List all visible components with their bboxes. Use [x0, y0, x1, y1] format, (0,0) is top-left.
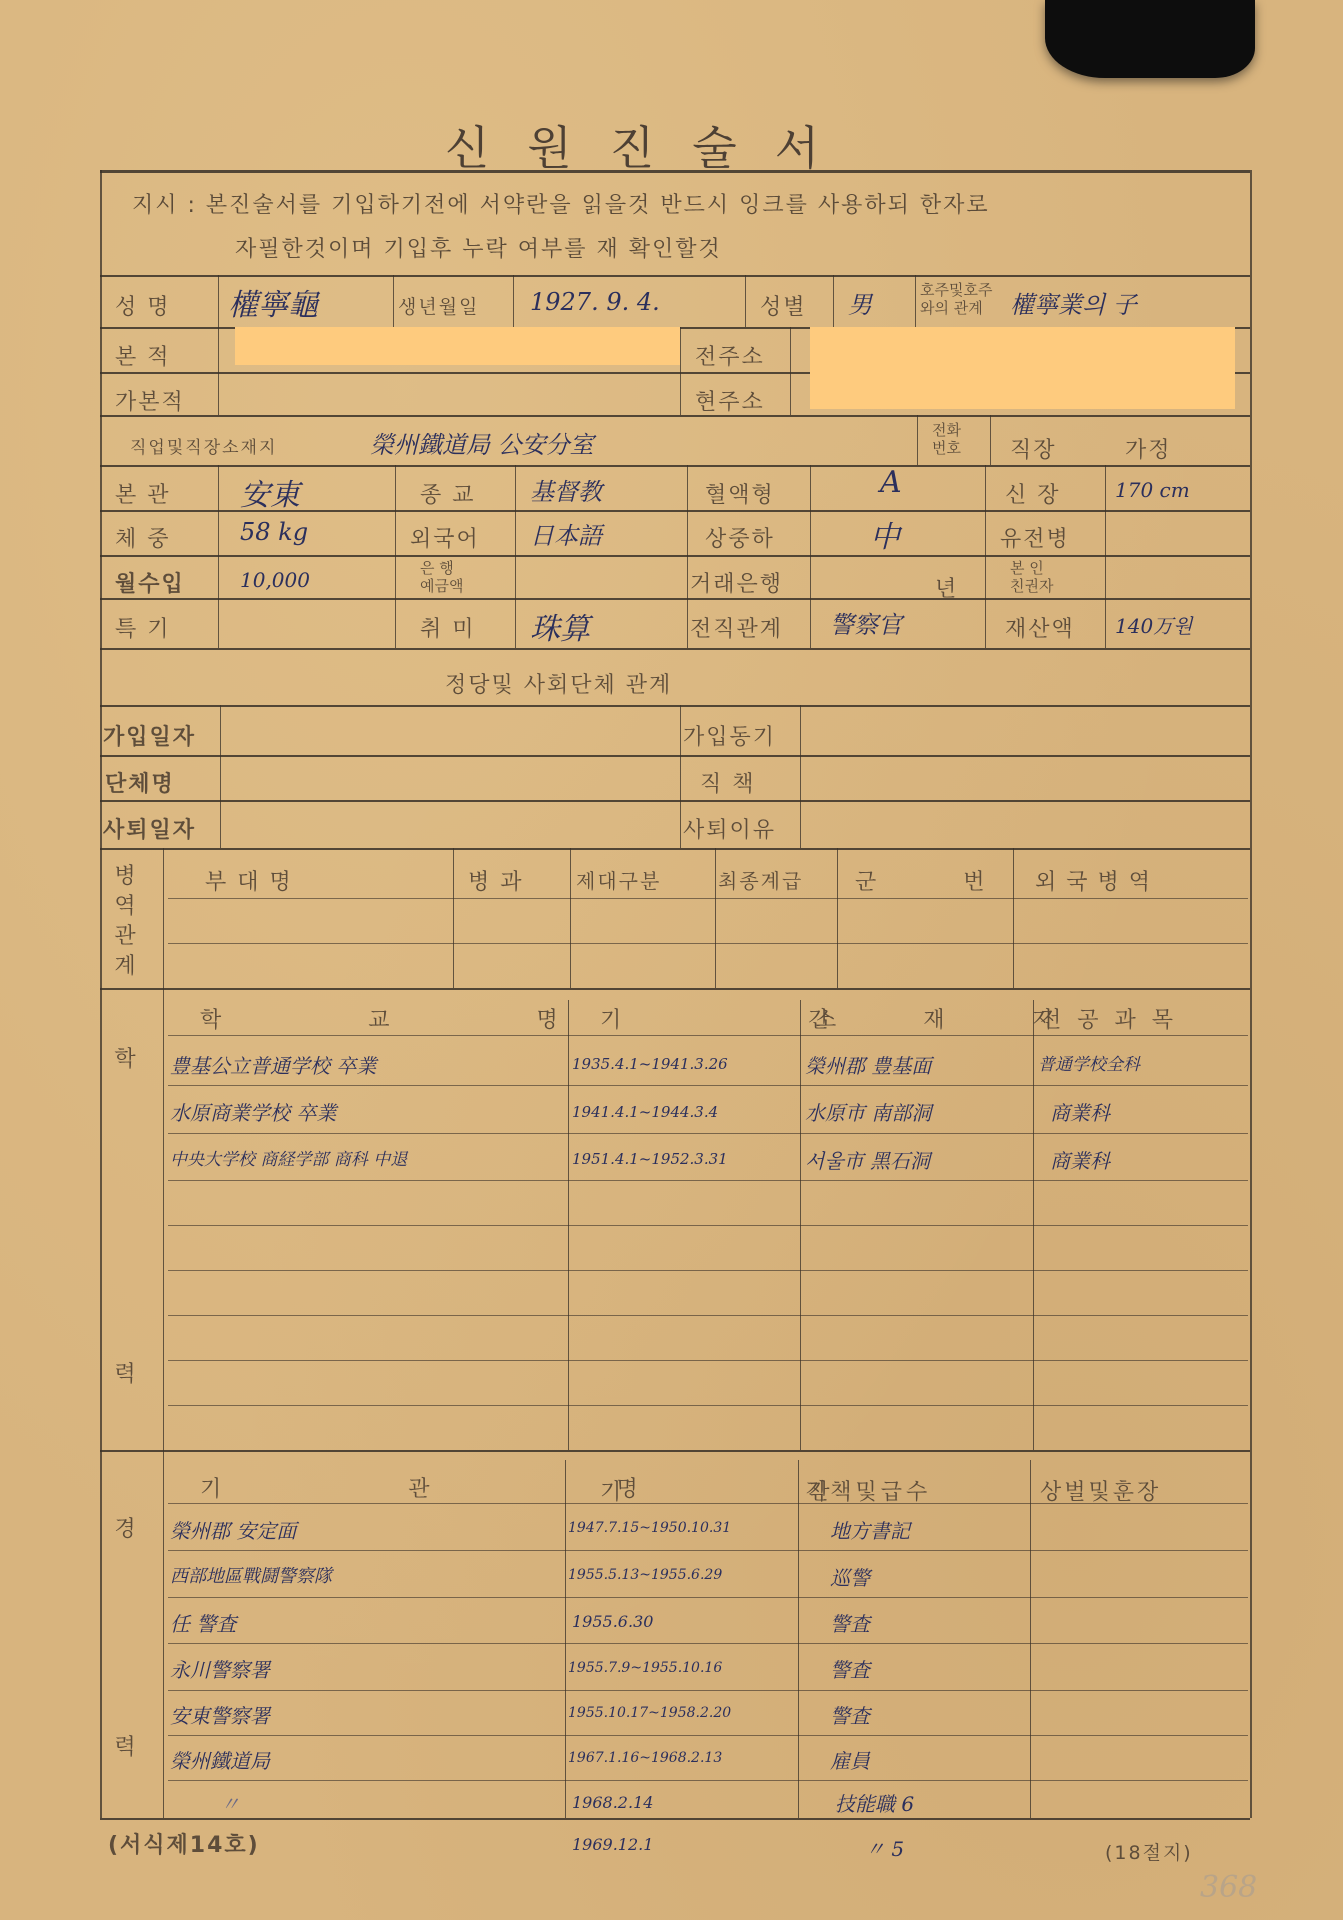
proficiency-value: 中 — [870, 512, 900, 556]
proficiency-label: 상중하 — [705, 522, 775, 553]
blood-type-label: 혈액형 — [705, 478, 775, 509]
deposit-label-2: 예금액 — [420, 578, 463, 594]
join-date-label: 가입일자 — [103, 720, 196, 751]
frame-top — [100, 170, 1250, 173]
relation-label-2: 와의 관계 — [920, 300, 983, 316]
edu-header-major: 전공과목 — [1040, 1003, 1189, 1034]
career-row-3-position: 警査 — [830, 1608, 870, 1637]
birth-value: 1927. 9. 4. — [530, 288, 660, 316]
hobby-label: 취 미 — [420, 612, 476, 643]
row-divider — [100, 555, 1250, 557]
col-divider — [515, 465, 516, 648]
military-section-text: 병역관계 — [114, 864, 135, 979]
career-row-1-position: 地方書記 — [830, 1515, 910, 1544]
sex-label: 성별 — [760, 290, 807, 321]
col-divider — [395, 465, 396, 648]
education-label-bottom: 력 — [112, 1360, 138, 1390]
relation-label-1: 호주및호주 — [920, 282, 992, 298]
education-label-top: 학 — [112, 1045, 138, 1075]
row-divider — [168, 1085, 1248, 1086]
religion-value: 基督教 — [530, 472, 602, 507]
career-row-8-position: 〃 5 — [865, 1833, 904, 1862]
phone-work-label: 직장 — [1010, 433, 1057, 464]
col-divider — [800, 705, 801, 848]
military-header-unit: 부 대 명 — [205, 865, 293, 896]
page-number: 368 — [1200, 1870, 1257, 1905]
relation-value: 權寧業의 子 — [1010, 285, 1137, 320]
row-divider — [100, 275, 1250, 277]
edu-row-3-major: 商業科 — [1050, 1145, 1110, 1174]
name-value: 權寧龜 — [228, 280, 318, 324]
career-row-2-org: 西部地區戰鬪警察隊 — [170, 1562, 332, 1588]
org-name-label: 단체명 — [105, 767, 175, 798]
col-divider — [1030, 1460, 1031, 1818]
blood-type-value: A — [880, 465, 902, 500]
row-divider — [100, 848, 1250, 850]
prev-job-label: 전직관계 — [690, 612, 783, 643]
career-row-4-org: 永川警察署 — [170, 1654, 270, 1683]
row-divider — [100, 705, 1250, 707]
party-heading: 정당및 사회단체 관계 — [445, 668, 672, 699]
row-divider — [168, 1690, 1248, 1691]
row-divider — [168, 1550, 1248, 1551]
hereditary-label: 유전병 — [1000, 522, 1070, 553]
paper-size: (18절지) — [1105, 1838, 1193, 1865]
row-divider — [168, 1225, 1248, 1226]
career-row-5-period: 1955.10.17~1958.2.20 — [568, 1705, 731, 1721]
row-divider — [100, 598, 1250, 600]
col-divider — [218, 275, 219, 415]
col-divider — [163, 848, 164, 988]
sex-value: 男 — [848, 285, 872, 320]
career-header-award: 상벌및훈장 — [1040, 1475, 1161, 1506]
career-row-6-period: 1967.1.16~1968.2.13 — [568, 1750, 722, 1766]
edu-row-1-school: 豊基公立普通学校 卒業 — [170, 1050, 376, 1079]
provisional-domicile-label: 가본적 — [115, 385, 185, 416]
frame-left — [100, 170, 102, 1818]
phone-label-1: 전화 — [932, 422, 961, 438]
career-row-2-position: 巡警 — [830, 1562, 870, 1591]
military-header-rank: 최종계급 — [718, 865, 803, 894]
row-divider — [100, 415, 1250, 417]
col-divider — [798, 1460, 799, 1818]
row-divider — [100, 800, 1250, 802]
assets-label: 재산액 — [1005, 612, 1075, 643]
phone-home-label: 가정 — [1125, 433, 1172, 464]
domicile-label: 본 적 — [115, 340, 171, 371]
edu-header-school: 학 교 명 — [200, 1003, 628, 1034]
prev-address-label: 전주소 — [695, 340, 765, 371]
row-divider — [168, 1315, 1248, 1316]
frame-bottom — [100, 1818, 1250, 1820]
military-header-service-number: 군 번 — [855, 865, 1025, 896]
col-divider — [1105, 465, 1106, 648]
edu-row-2-location: 水原市 南部洞 — [805, 1097, 931, 1126]
col-divider — [715, 848, 716, 988]
col-divider — [687, 465, 688, 648]
ink-blot — [1045, 0, 1255, 78]
height-label: 신 장 — [1005, 478, 1061, 509]
edu-row-3-location: 서울市 黑石洞 — [805, 1145, 930, 1174]
career-row-3-period: 1955.6.30 — [572, 1612, 653, 1631]
row-divider — [100, 755, 1250, 757]
redacted-domicile — [235, 327, 680, 365]
skill-label: 특 기 — [115, 612, 171, 643]
row-divider — [168, 1643, 1248, 1644]
col-divider — [513, 275, 514, 327]
religion-label: 종 교 — [420, 478, 476, 509]
col-divider — [393, 275, 394, 327]
col-divider — [570, 848, 571, 988]
col-divider — [833, 275, 834, 327]
row-divider — [168, 1780, 1248, 1781]
col-divider — [915, 275, 916, 327]
career-row-7-org: 〃 — [220, 1788, 240, 1817]
edu-row-1-major: 普通学校全科 — [1038, 1050, 1140, 1075]
document-title: 신원진술서 — [445, 112, 857, 178]
language-label: 외국어 — [410, 522, 480, 553]
instruction-line-2: 자필한것이며 기입후 누락 여부를 재 확인할것 — [235, 232, 722, 263]
col-divider — [680, 327, 681, 415]
edu-row-2-school: 水原商業学校 卒業 — [170, 1097, 336, 1126]
income-label: 월수입 — [115, 567, 185, 598]
row-divider — [168, 1597, 1248, 1598]
col-divider — [220, 705, 221, 848]
bank-label: 거래은행 — [690, 567, 783, 598]
career-row-7-period: 1968.2.14 — [572, 1793, 653, 1812]
col-divider — [810, 465, 811, 648]
redacted-address — [810, 327, 1235, 409]
row-divider — [100, 988, 1250, 990]
military-header-foreign: 외국병역 — [1035, 865, 1160, 896]
leave-reason-label: 사퇴이유 — [683, 813, 776, 844]
row-divider — [168, 1503, 1248, 1504]
occupation-value: 榮州鐵道局 公安分室 — [370, 425, 594, 460]
height-value: 170 cm — [1115, 478, 1190, 502]
position-label: 직 책 — [700, 767, 756, 798]
military-section-label: 병역관계 — [112, 862, 138, 982]
row-divider — [168, 1735, 1248, 1736]
name-label: 성 명 — [115, 290, 171, 321]
row-divider — [100, 648, 1250, 650]
weight-label: 체 중 — [115, 522, 171, 553]
col-divider — [917, 415, 918, 465]
col-divider — [790, 327, 791, 415]
prev-job-value: 警察官 — [830, 605, 902, 640]
edu-row-1-location: 榮州郡 豊基面 — [805, 1050, 931, 1079]
hobby-value: 珠算 — [530, 604, 590, 648]
career-row-3-org: 任 警査 — [170, 1608, 236, 1637]
row-divider — [168, 1360, 1248, 1361]
career-row-2-period: 1955.5.13~1955.6.29 — [568, 1567, 722, 1583]
military-header-discharge: 제대구분 — [576, 865, 661, 894]
deposit-label-1: 은 행 — [420, 560, 454, 576]
career-row-1-period: 1947.7.15~1950.10.31 — [568, 1520, 731, 1536]
instruction-line-1: 지시 : 본진술서를 기입하기전에 서약란을 읽을것 반드시 잉크를 사용하되 … — [132, 188, 990, 219]
career-row-6-position: 雇員 — [830, 1745, 870, 1774]
relative-label-1: 본 인 — [1010, 560, 1044, 576]
career-row-8-period: 1969.12.1 — [572, 1835, 653, 1854]
edu-row-3-period: 1951.4.1~1952.3.31 — [572, 1150, 728, 1168]
clan-label: 본 관 — [115, 478, 171, 509]
col-divider — [163, 988, 164, 1450]
edu-row-2-period: 1941.4.1~1944.3.4 — [572, 1103, 718, 1121]
col-divider — [985, 465, 986, 648]
frame-right — [1250, 170, 1252, 1818]
edu-row-2-major: 商業科 — [1050, 1097, 1110, 1126]
military-header-branch: 병 과 — [468, 865, 524, 896]
career-row-5-position: 警査 — [830, 1700, 870, 1729]
edu-row-3-school: 中央大学校 商経学部 商科 中退 — [170, 1145, 407, 1170]
current-address-label: 현주소 — [695, 385, 765, 416]
career-label-bottom: 력 — [112, 1733, 138, 1763]
join-motive-label: 가입동기 — [683, 720, 776, 751]
career-row-6-org: 榮州鐵道局 — [170, 1745, 270, 1774]
weight-value: 58 kg — [240, 518, 308, 546]
col-divider — [453, 848, 454, 988]
row-divider — [100, 465, 1250, 467]
col-divider — [745, 275, 746, 327]
career-row-1-org: 榮州郡 安定面 — [170, 1515, 296, 1544]
col-divider — [990, 415, 991, 465]
career-row-4-position: 警査 — [830, 1654, 870, 1683]
occupation-label: 직업및직장소재지 — [130, 433, 277, 458]
row-divider — [168, 898, 1248, 899]
row-divider — [168, 1180, 1248, 1181]
row-divider — [168, 1405, 1248, 1406]
birth-label: 생년월일 — [398, 292, 479, 319]
clan-value: 安東 — [240, 470, 300, 514]
career-row-7-position: 技能職 6 — [835, 1788, 914, 1817]
row-divider — [168, 1133, 1248, 1134]
bank-value: 년 — [935, 572, 958, 603]
career-row-5-org: 安東警察署 — [170, 1700, 270, 1729]
row-divider — [100, 1450, 1250, 1452]
edu-row-1-period: 1935.4.1~1941.3.26 — [572, 1055, 728, 1073]
form-number: (서식제14호) — [108, 1828, 260, 1859]
row-divider — [168, 1270, 1248, 1271]
col-divider — [218, 465, 219, 648]
language-value: 日本語 — [530, 516, 602, 551]
row-divider — [168, 943, 1248, 944]
relative-label-2: 친권자 — [1010, 578, 1053, 594]
leave-date-label: 사퇴일자 — [103, 813, 196, 844]
assets-value: 140万원 — [1115, 610, 1193, 639]
phone-label-2: 번호 — [932, 440, 961, 456]
col-divider — [680, 705, 681, 848]
career-label-top: 경 — [112, 1515, 138, 1545]
career-row-4-period: 1955.7.9~1955.10.16 — [568, 1660, 722, 1676]
career-header-position: 직책및급수 — [805, 1475, 931, 1506]
col-divider — [163, 1450, 164, 1818]
col-divider — [565, 1460, 566, 1818]
col-divider — [837, 848, 838, 988]
row-divider — [168, 1035, 1248, 1036]
income-value: 10,000 — [240, 568, 310, 592]
